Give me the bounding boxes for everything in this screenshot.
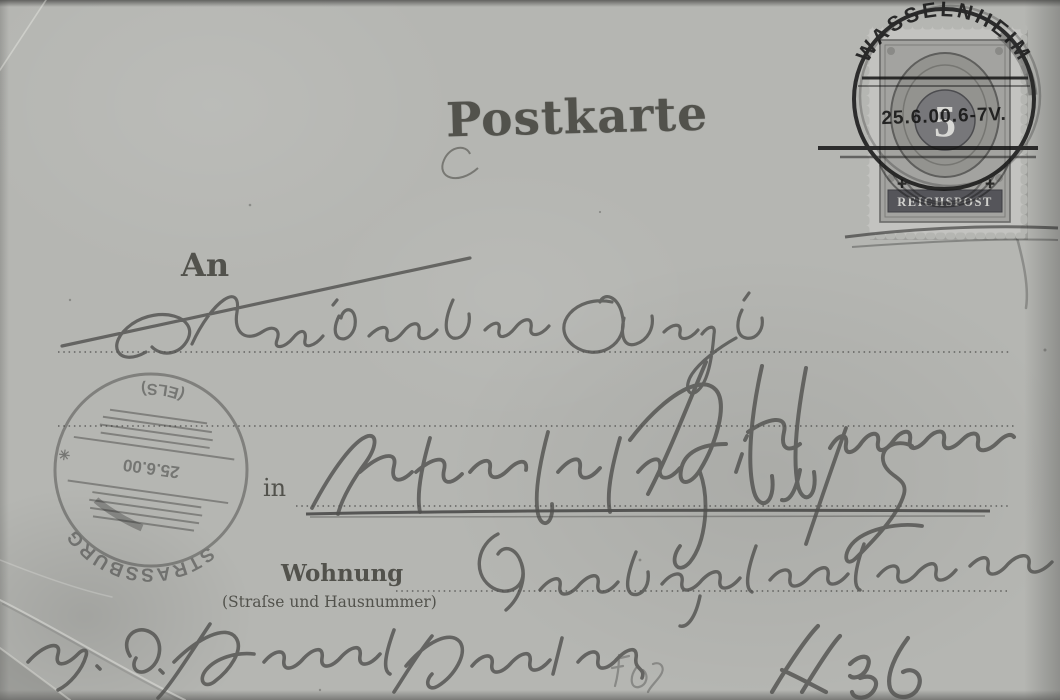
postmark-strassburg: STRASSBURG (ELS) ✳ 25.6.00 (40, 362, 259, 598)
hand-drawn-rule (306, 510, 990, 517)
postmark-wasselnheim: WASSELNHEIM 25.6.00.6-7V. (818, 0, 1058, 247)
crease-line (0, 560, 112, 597)
stamp-frame (880, 40, 1010, 222)
title-flourish (442, 148, 478, 178)
printed-address-lines (58, 352, 1014, 591)
corner-fold (0, 648, 70, 700)
pencil-marks-near-stamp (1004, 212, 1027, 308)
cross-ornament: ✚ (897, 177, 907, 191)
stamp-denomination: 5 (934, 97, 956, 146)
stamp-inner-frame (885, 45, 1005, 217)
stamp-shadow (870, 30, 1028, 240)
stamp-value-disc (915, 90, 975, 150)
handwriting-street-line (479, 534, 1052, 626)
place-label: in (263, 474, 286, 502)
handwriting-recipient-line1 (62, 258, 762, 393)
card-title: Postkarte (445, 87, 708, 149)
postmark-smear (1000, 34, 1033, 95)
crease-shadow (3, 604, 186, 700)
postmark-stray-arc (852, 239, 1058, 247)
postmark-hatch-bottom (99, 409, 215, 449)
stamp-corner-ornament (995, 47, 1003, 55)
stamp-banner (888, 190, 1002, 212)
postmark-town-text: WASSELNHEIM (852, 0, 1036, 66)
to-label: An (181, 246, 229, 284)
stamp-corner-ornament (887, 47, 895, 55)
postmark-hatch-top (87, 492, 203, 532)
stamp-inscription: REICHSPOST (897, 195, 993, 209)
handwriting-number (772, 626, 920, 698)
stamp-oval-inner (903, 65, 987, 165)
postmark-hatch-arc (880, 165, 1008, 207)
speck (249, 204, 252, 207)
postmark-stray-arc (845, 227, 1058, 237)
speck (639, 559, 642, 562)
postmark-outer-ring (854, 9, 1034, 189)
speck (599, 211, 601, 213)
rule-stroke-echo (310, 516, 985, 517)
stamp-corner-ornament (887, 174, 895, 182)
residence-label: Wohnung (281, 560, 403, 587)
postmark-ring-echo (860, 6, 1040, 186)
postmark-smear (96, 500, 142, 528)
postmark-date-text: 25.6.00.6-7V. (881, 104, 1007, 129)
postage-stamp: 5 ✚ ✚ REICHSPOST (866, 26, 1028, 240)
postmark-band-lines (68, 437, 235, 503)
handwriting-sender-note (28, 624, 643, 698)
stamp-corner-ornament (995, 174, 1003, 182)
rule-stroke (306, 510, 990, 514)
postcard-scan: Postkarte An in Wohnung (Straſse und Hau… (0, 0, 1060, 700)
postmark-town-text: STRASSBURG (57, 523, 220, 595)
handwriting-place-line (312, 428, 922, 568)
stamp-oval (891, 53, 999, 177)
star-ornament: ✳ (57, 446, 71, 464)
postmark-date-text: 25.6.00 (122, 455, 181, 482)
handwriting-layer (28, 212, 1052, 698)
postmark-hatch-arc (904, 178, 984, 202)
residence-hint-label: (Straſse und Hausnummer) (222, 593, 437, 611)
handwriting-recipient-line2 (630, 362, 1014, 503)
crease-line (0, 648, 70, 700)
paper-creases (0, 0, 186, 700)
speck (319, 689, 321, 691)
handwriting-pencil-code (612, 655, 663, 692)
speck (69, 299, 71, 301)
postmark-hatch-arc (892, 172, 996, 204)
cross-ornament: ✚ (985, 177, 995, 191)
crease-line (0, 0, 46, 70)
postmark-region-text: (ELS) (137, 377, 187, 403)
crease-line (0, 600, 185, 700)
postmark-outer-ring (43, 362, 260, 579)
speck (1044, 349, 1047, 352)
stamp-paper (866, 26, 1024, 236)
